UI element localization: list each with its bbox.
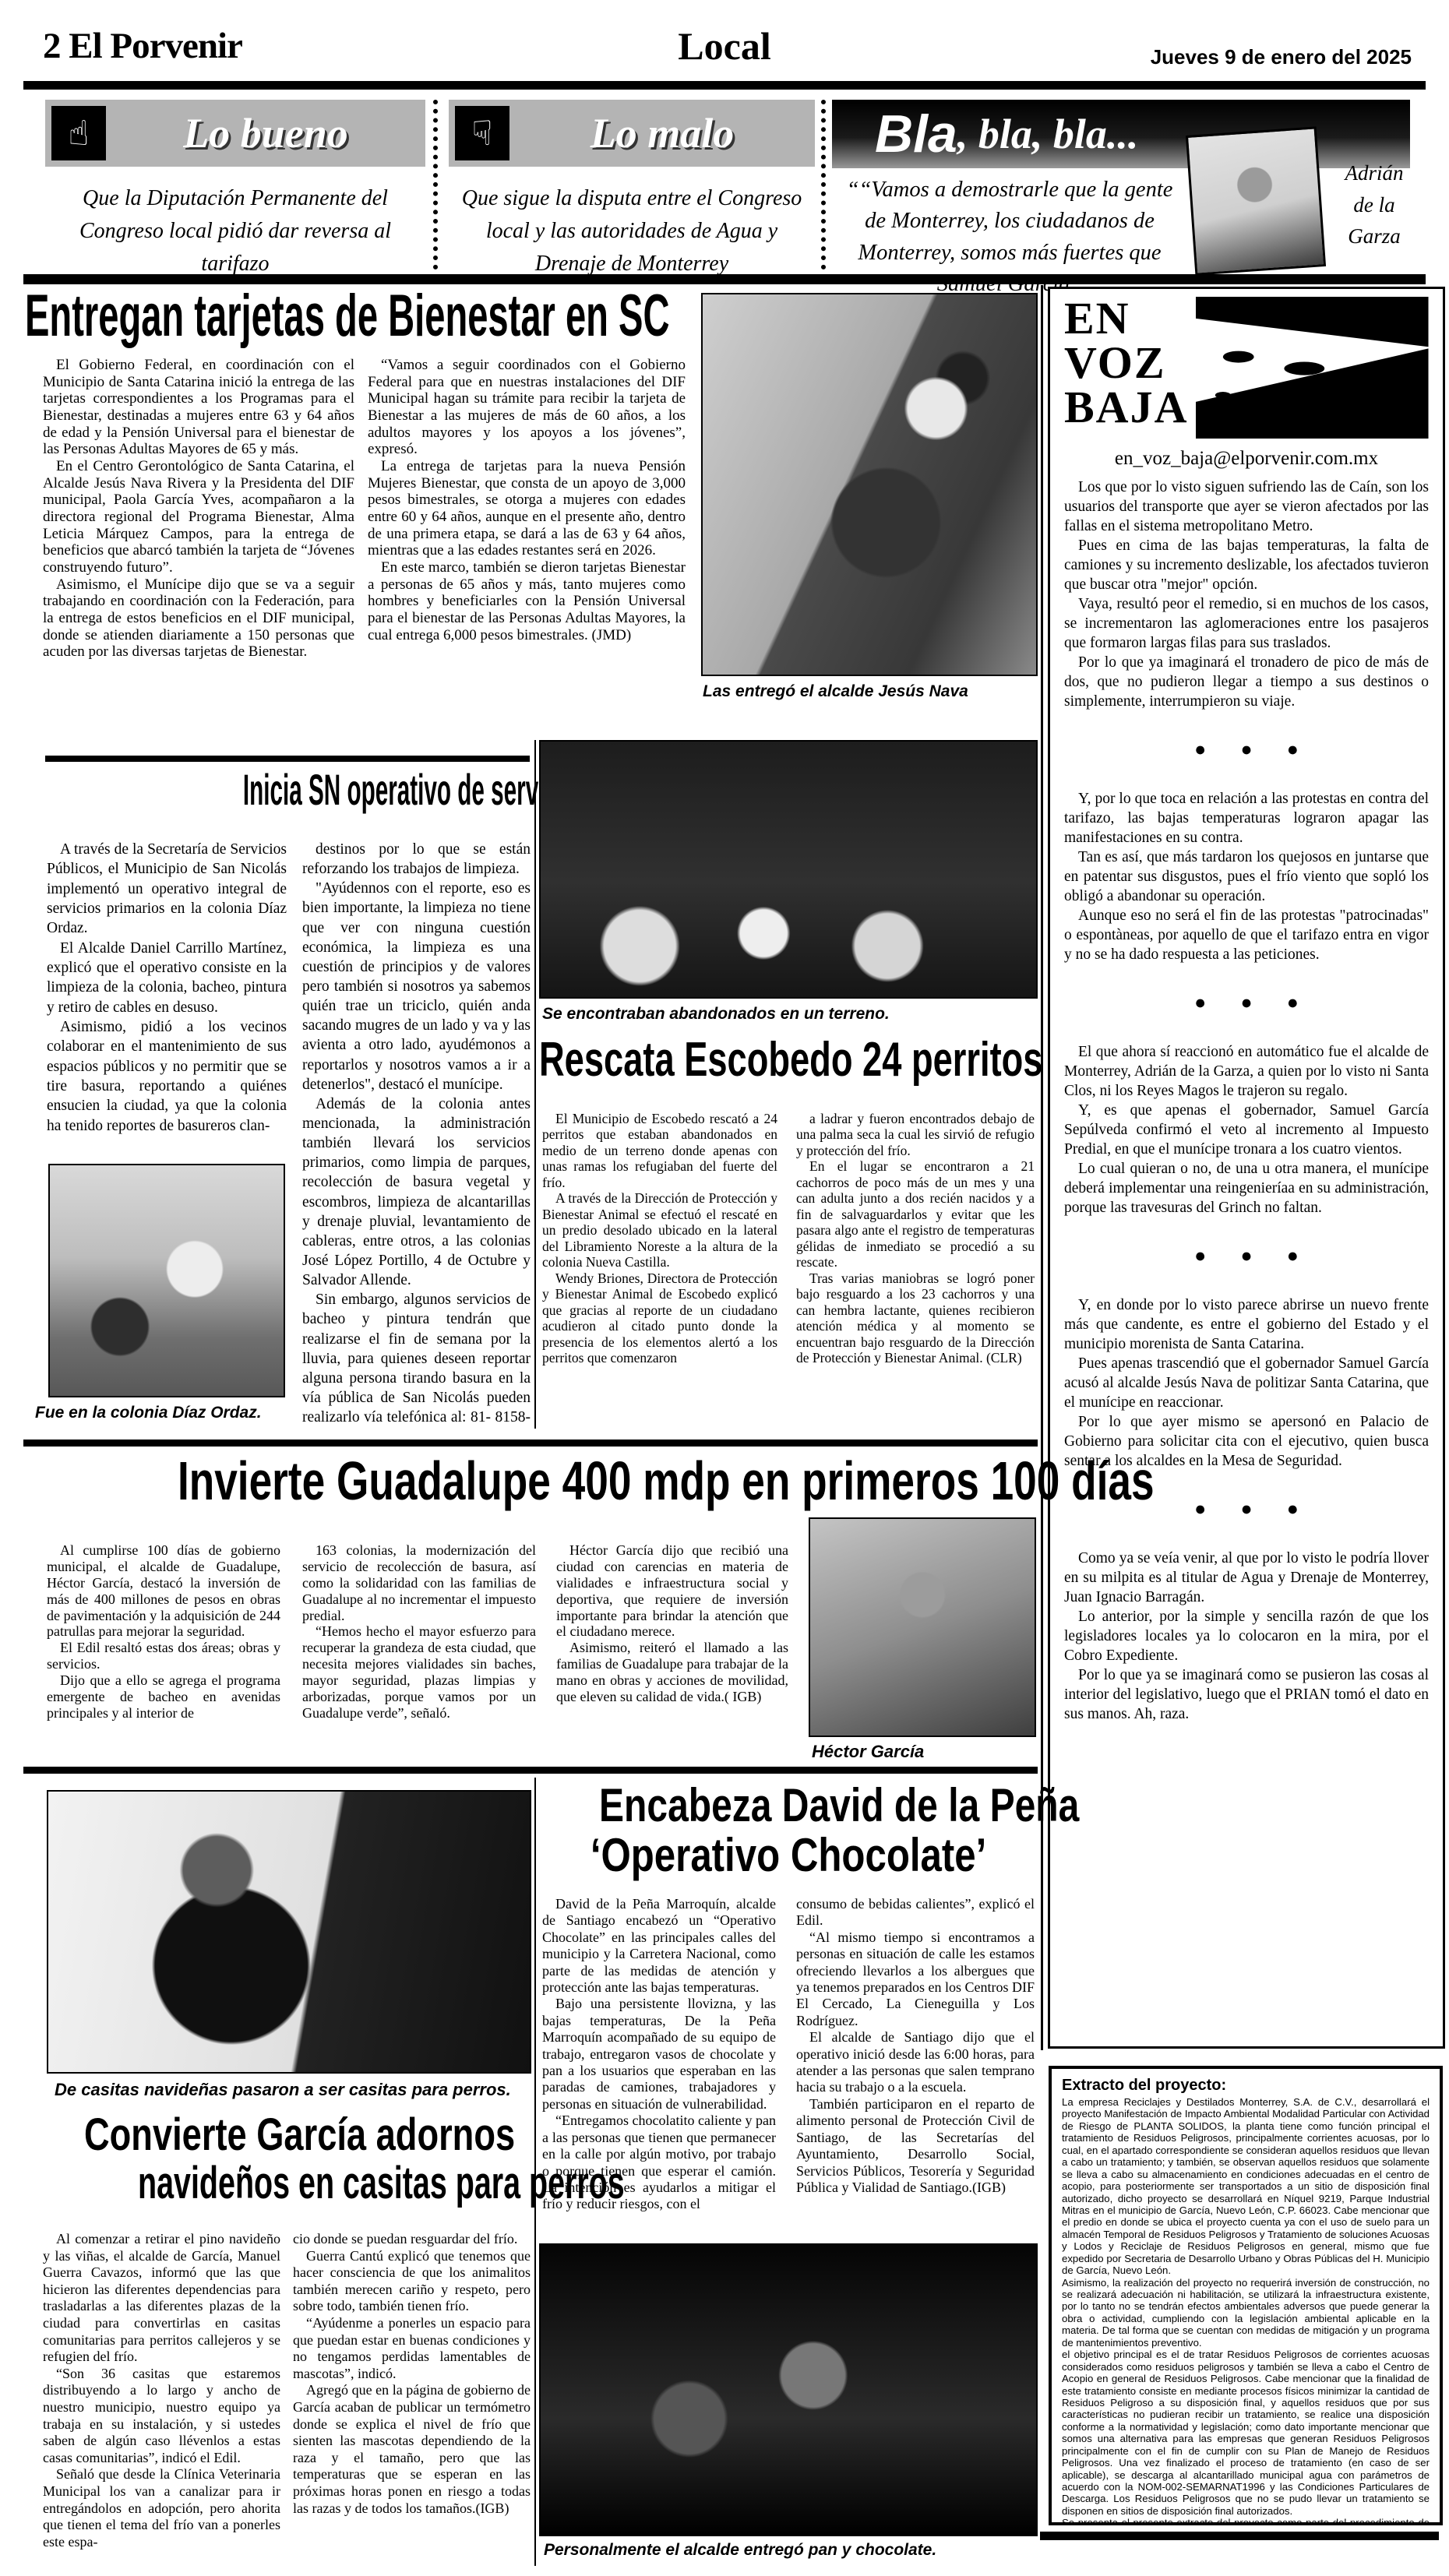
garcia-photo-caption: De casitas navideñas pasaron a ser casit… bbox=[55, 2080, 531, 2100]
guadalupe-col3: Héctor García dijo que recibió una ciuda… bbox=[556, 1542, 788, 1746]
garcia-col1: Al comenzar a retirar el pino navideño y… bbox=[43, 2231, 280, 2566]
headline-guadalupe: Invierte Guadalupe 400 mdp en primeros 1… bbox=[23, 1454, 1038, 1508]
santiago-col1: David de la Peña Marroquín, alcalde de S… bbox=[542, 1896, 776, 2237]
paragraph: Wendy Briones, Directora de Protección y… bbox=[542, 1270, 777, 1366]
paragraph: En el lugar se encontraron a 21 cachorro… bbox=[796, 1158, 1035, 1270]
paragraph: Dijo que a ello se agrega el programa em… bbox=[47, 1672, 280, 1721]
paragraph: “Hemos hecho el mayor esfuerzo para recu… bbox=[302, 1623, 536, 1721]
guadalupe-col2: 163 colonias, la modernización del servi… bbox=[302, 1542, 536, 1746]
bienestar-photo bbox=[701, 293, 1038, 676]
paragraph: David de la Peña Marroquín, alcalde de S… bbox=[542, 1896, 776, 1996]
paragraph: El Municipio de Escobedo rescató a 24 pe… bbox=[542, 1111, 777, 1190]
paragraph: Lo cual quieran o no, de una u otra mane… bbox=[1064, 1159, 1429, 1218]
headline-escobedo: Rescata Escobedo 24 perritos bbox=[539, 1036, 1038, 1084]
paragraph: Y, en donde por lo visto parece abrirse … bbox=[1064, 1295, 1429, 1354]
newspaper-page: 2 El Porvenir Local Jueves 9 de enero de… bbox=[0, 0, 1449, 2576]
paragraph: a ladrar y fueron encontrados debajo de … bbox=[796, 1111, 1035, 1158]
section-divider-dots: ● ● ● bbox=[1064, 739, 1429, 761]
thumbs-down-icon: ☟ bbox=[455, 106, 509, 160]
paragraph: consumo de bebidas calientes”, explicó e… bbox=[796, 1896, 1035, 1929]
bla-title-rest: , bla, bla... bbox=[957, 113, 1139, 155]
paragraph: Asimismo, la realización del proyecto no… bbox=[1062, 2277, 1430, 2349]
san-nicolas-caption: Fue en la colonia Díaz Ordaz. bbox=[35, 1404, 292, 1422]
voz-title: EN VOZ BAJA bbox=[1064, 297, 1188, 429]
paragraph: Lo anterior, por la simple y sencilla ra… bbox=[1064, 1607, 1429, 1665]
paragraph: Y, es que apenas el gobernador, Samuel G… bbox=[1064, 1101, 1429, 1159]
escobedo-photo bbox=[539, 740, 1038, 999]
paragraph: Además de la colonia antes mencionada, l… bbox=[302, 1094, 531, 1290]
voz-title-line: VOZ bbox=[1064, 341, 1188, 386]
en-voz-baja-box: EN VOZ BAJA en_voz_baja@elporvenir.com.m… bbox=[1048, 287, 1445, 2049]
paragraph: “Entregamos chocolatito caliente y pan a… bbox=[542, 2113, 776, 2212]
hector-garcia-photo bbox=[809, 1517, 1036, 1737]
adrian-de-la-garza-photo bbox=[1186, 126, 1326, 275]
voz-section-4: Y, en donde por lo visto parece abrirse … bbox=[1064, 1295, 1429, 1471]
lo-malo-box: ☟ Lo malo Que sigue la disputa entre el … bbox=[449, 100, 815, 270]
sn-top-rule bbox=[45, 756, 530, 762]
paragraph: Aunque eso no será el fin de las protest… bbox=[1064, 906, 1429, 964]
voz-section-5: Como ya se veía venir, al que por lo vis… bbox=[1064, 1549, 1429, 1724]
bienestar-col1: El Gobierno Federal, en coordinación con… bbox=[43, 357, 354, 743]
paragraph: Por lo que ya imaginará el tronadero de … bbox=[1064, 653, 1429, 711]
paragraph: El Alcalde Daniel Carrillo Martínez, exp… bbox=[47, 939, 287, 1017]
paragraph: La entrega de tarjetas para la nueva Pen… bbox=[368, 458, 686, 559]
santiago-caption: Personalmente el alcalde entregó pan y c… bbox=[544, 2541, 1042, 2560]
voz-email: en_voz_baja@elporvenir.com.mx bbox=[1064, 448, 1429, 470]
voz-header: EN VOZ BAJA bbox=[1064, 297, 1429, 439]
lo-bueno-bar: ☝ Lo bueno bbox=[45, 100, 425, 167]
lo-malo-title: Lo malo bbox=[509, 109, 815, 157]
paragraph: Bajo una persistente llovizna, y las baj… bbox=[542, 1996, 776, 2113]
bla-title-bold: Bla bbox=[875, 107, 957, 160]
headline-bienestar: Entregan tarjetas de Bienestar en SC bbox=[25, 287, 695, 346]
paragraph: “Vamos a seguir coordinados con el Gobie… bbox=[368, 357, 686, 458]
guadalupe-bottom-rule bbox=[23, 1767, 1038, 1774]
extracto-title: Extracto del proyecto: bbox=[1062, 2077, 1430, 2095]
paragraph: El alcalde de Santiago dijo que el opera… bbox=[796, 2029, 1035, 2096]
lo-malo-text: Que sigue la disputa entre el Congreso l… bbox=[457, 182, 807, 280]
dotted-divider bbox=[433, 100, 438, 270]
garcia-photo bbox=[47, 1790, 531, 2074]
san-nicolas-photo bbox=[48, 1164, 285, 1397]
paragraph: Tras varias maniobras se logró poner baj… bbox=[796, 1270, 1035, 1366]
extracto-bottom-rule bbox=[1040, 2532, 1439, 2540]
san-nicolas-col2: destinos por lo que se están reforzando … bbox=[302, 840, 531, 1427]
column-divider-rule bbox=[534, 740, 536, 1429]
guadalupe-col1: Al cumplirse 100 días de gobierno munici… bbox=[47, 1542, 280, 1746]
voz-title-line: EN bbox=[1064, 297, 1188, 341]
bla-bla-bla-bar: Bla , bla, bla... bbox=[832, 100, 1410, 168]
column-divider-rule bbox=[534, 1778, 536, 2566]
paragraph: Como ya se veía venir, al que por lo vis… bbox=[1064, 1549, 1429, 1607]
paragraph: También participaron en el reparto de al… bbox=[796, 2096, 1035, 2196]
paragraph: Pues apenas trascendió que el gobernador… bbox=[1064, 1354, 1429, 1412]
paragraph: “Ayúdenme a ponerles un espacio para que… bbox=[293, 2315, 531, 2382]
paragraph: el objetivo principal es el de tratar Re… bbox=[1062, 2349, 1430, 2517]
headline-santiago-line2: ‘Operativo Chocolate’ bbox=[539, 1832, 1038, 1879]
lo-bueno-box: ☝ Lo bueno Que la Diputación Permanente … bbox=[45, 100, 425, 270]
santiago-col2: consumo de bebidas calientes”, explicó e… bbox=[796, 1896, 1035, 2237]
paragraph: Por lo que ya se imaginará como se pusie… bbox=[1064, 1665, 1429, 1724]
paragraph: 163 colonias, la modernización del servi… bbox=[302, 1542, 536, 1623]
paragraph: En el Centro Gerontológico de Santa Cata… bbox=[43, 458, 354, 576]
headline-garcia: Convierte García adornos bbox=[23, 2113, 531, 2158]
paragraph: Al cumplirse 100 días de gobierno munici… bbox=[47, 1542, 280, 1640]
paragraph: “Son 36 casitas que estaremos distribuye… bbox=[43, 2366, 280, 2467]
paragraph: "Ayúdennos con el reporte, eso es bien i… bbox=[302, 879, 531, 1094]
lo-bueno-title: Lo bueno bbox=[106, 109, 425, 157]
section-divider-dots: ● ● ● bbox=[1064, 1246, 1429, 1267]
paragraph: Sin embargo, algunos servicios de bacheo… bbox=[302, 1290, 531, 1427]
paragraph: Asimismo, reiteró el llamado a las famil… bbox=[556, 1640, 788, 1705]
paragraph: Se presenta el presente extracto del pro… bbox=[1062, 2517, 1430, 2525]
paragraph: Vaya, resultó peor el remedio, si en muc… bbox=[1064, 594, 1429, 653]
paragraph: “Al mismo tiempo si encontramos a person… bbox=[796, 1929, 1035, 2029]
paragraph: El que ahora sí reaccionó en automático … bbox=[1064, 1042, 1429, 1101]
paragraph: Tan es así, que más tardaron los quejoso… bbox=[1064, 848, 1429, 906]
paragraph: La empresa Reciclajes y Destilados Monte… bbox=[1062, 2096, 1430, 2277]
masthead-rule bbox=[23, 81, 1426, 90]
lo-bueno-text: Que la Diputación Permanente del Congres… bbox=[53, 182, 418, 280]
headline-santiago: Encabeza David de la Peña bbox=[539, 1782, 1038, 1829]
lo-malo-bar: ☟ Lo malo bbox=[449, 100, 815, 167]
thumbs-up-icon: ☝ bbox=[51, 106, 106, 160]
masthead-date: Jueves 9 de enero del 2025 bbox=[1151, 45, 1412, 69]
paragraph: destinos por lo que se están reforzando … bbox=[302, 840, 531, 879]
guadalupe-caption: Héctor García bbox=[812, 1742, 1039, 1762]
escobedo-top-caption: Se encontraban abandonados en un terreno… bbox=[542, 1005, 1041, 1024]
bienestar-caption: Las entregó el alcalde Jesús Nava bbox=[703, 682, 1039, 701]
san-nicolas-col1: A través de la Secretaría de Servicios P… bbox=[47, 840, 287, 1148]
escobedo-col2: a ladrar y fueron encontrados debajo de … bbox=[796, 1111, 1035, 1401]
voz-title-line: BAJA bbox=[1064, 386, 1188, 430]
paragraph: Señaló que desde la Clínica Veterinaria … bbox=[43, 2466, 280, 2550]
paragraph: El Edil resaltó estas dos áreas; obras y… bbox=[47, 1640, 280, 1672]
santiago-photo bbox=[539, 2243, 1038, 2536]
paragraph: Asimismo, el Munícipe dijo que se va a s… bbox=[43, 576, 354, 661]
paragraph: cio donde se puedan resguardar del frío. bbox=[293, 2231, 531, 2248]
escobedo-col1: El Municipio de Escobedo rescató a 24 pe… bbox=[542, 1111, 777, 1401]
paragraph: Guerra Cantú explicó que tenemos que hac… bbox=[293, 2248, 531, 2315]
extracto-box: Extracto del proyecto: La empresa Recicl… bbox=[1049, 2066, 1443, 2525]
paragraph: Agregó que en la página de gobierno de G… bbox=[293, 2382, 531, 2517]
paragraph: En este marco, también se dieron tarjeta… bbox=[368, 559, 686, 643]
paragraph: A través de la Dirección de Protección y… bbox=[542, 1190, 777, 1270]
paragraph: Pues en cima de las bajas temperaturas, … bbox=[1064, 536, 1429, 594]
voz-section-3: El que ahora sí reaccionó en automático … bbox=[1064, 1042, 1429, 1218]
paragraph: Héctor García dijo que recibió una ciuda… bbox=[556, 1542, 788, 1640]
paragraph: El Gobierno Federal, en coordinación con… bbox=[43, 357, 354, 458]
garcia-col2: cio donde se puedan resguardar del frío.… bbox=[293, 2231, 531, 2566]
bienestar-col2: “Vamos a seguir coordinados con el Gobie… bbox=[368, 357, 686, 743]
bla-attribution: Adrián de la Garza bbox=[1334, 157, 1415, 252]
headline-garcia-line2: navideños en casitas para perros bbox=[23, 2161, 531, 2206]
paragraph: Los que por lo visto siguen sufriendo la… bbox=[1064, 477, 1429, 536]
voz-section-2: Y, por lo que toca en relación a las pro… bbox=[1064, 789, 1429, 964]
paragraph: Y, por lo que toca en relación a las pro… bbox=[1064, 789, 1429, 848]
voz-section-1: Los que por lo visto siguen sufriendo la… bbox=[1064, 477, 1429, 711]
headline-san-nicolas: Inicia SN operativo de servicios primari… bbox=[39, 768, 531, 812]
dotted-divider bbox=[821, 100, 826, 270]
paragraph: Al comenzar a retirar el pino navideño y… bbox=[43, 2231, 280, 2366]
paragraph: Asimismo, pidió a los vecinos colaborar … bbox=[47, 1017, 287, 1136]
guadalupe-top-rule bbox=[23, 1440, 1038, 1447]
section-divider-dots: ● ● ● bbox=[1064, 992, 1429, 1014]
voz-baja-illustration bbox=[1196, 297, 1429, 439]
paragraph: A través de la Secretaría de Servicios P… bbox=[47, 840, 287, 939]
